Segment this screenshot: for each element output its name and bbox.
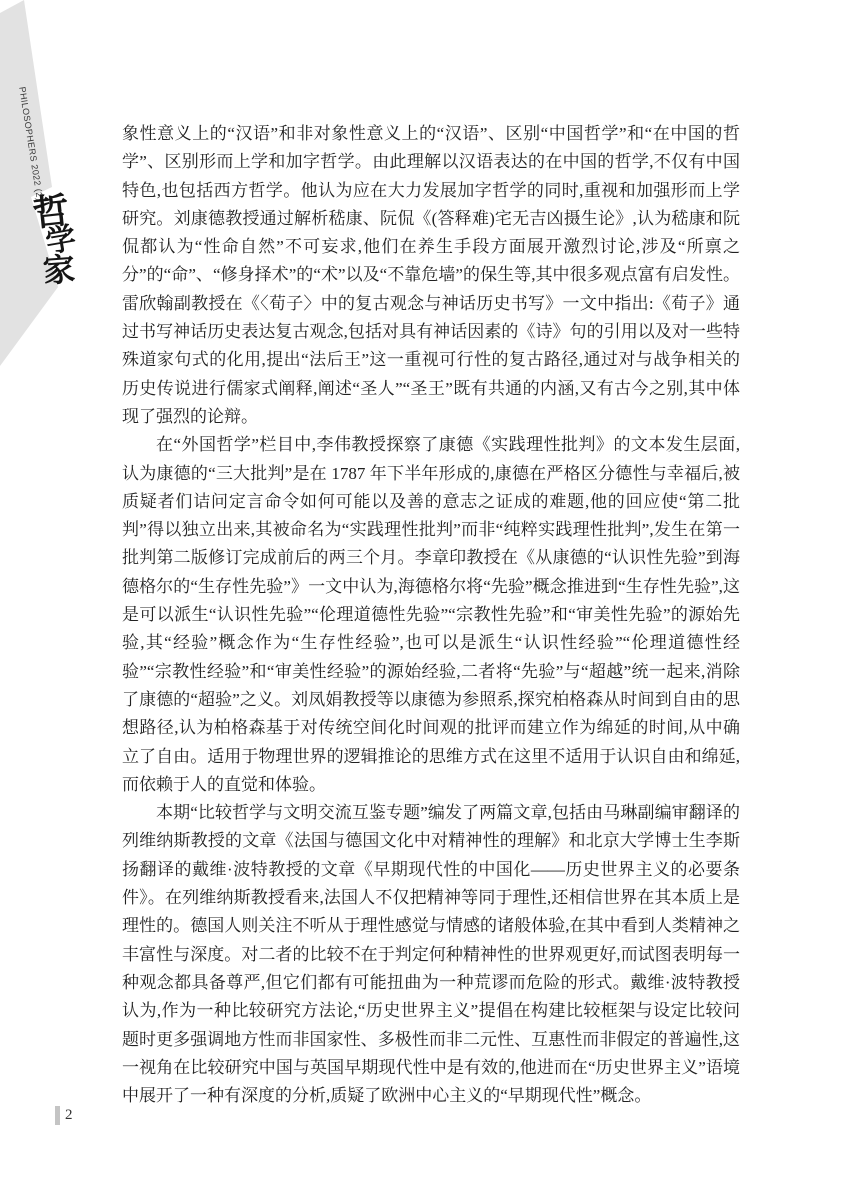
body-paragraph-1: 象性意义上的“汉语”和非对象性意义上的“汉语”、区别“中国哲学”和“在中国的哲学…	[122, 120, 740, 431]
page-number: 2	[65, 1107, 73, 1124]
page-footer: 2	[55, 1105, 73, 1125]
body-paragraph-2: 在“外国哲学”栏目中,李伟教授探察了康德《实践理性批判》的文本发生层面,认为康德…	[122, 431, 740, 799]
journal-page: { "sidebar": { "journal_title_en": "PHIL…	[0, 0, 859, 1197]
body-paragraph-3: 本期“比较哲学与文明交流互鉴专题”编发了两篇文章,包括由马琳副编审翻译的列维纳斯…	[122, 799, 740, 1110]
article-body: 象性意义上的“汉语”和非对象性意义上的“汉语”、区别“中国哲学”和“在中国的哲学…	[122, 120, 740, 1110]
page-number-marker	[55, 1106, 60, 1125]
journal-title-zh-char-3: 家	[42, 253, 76, 287]
